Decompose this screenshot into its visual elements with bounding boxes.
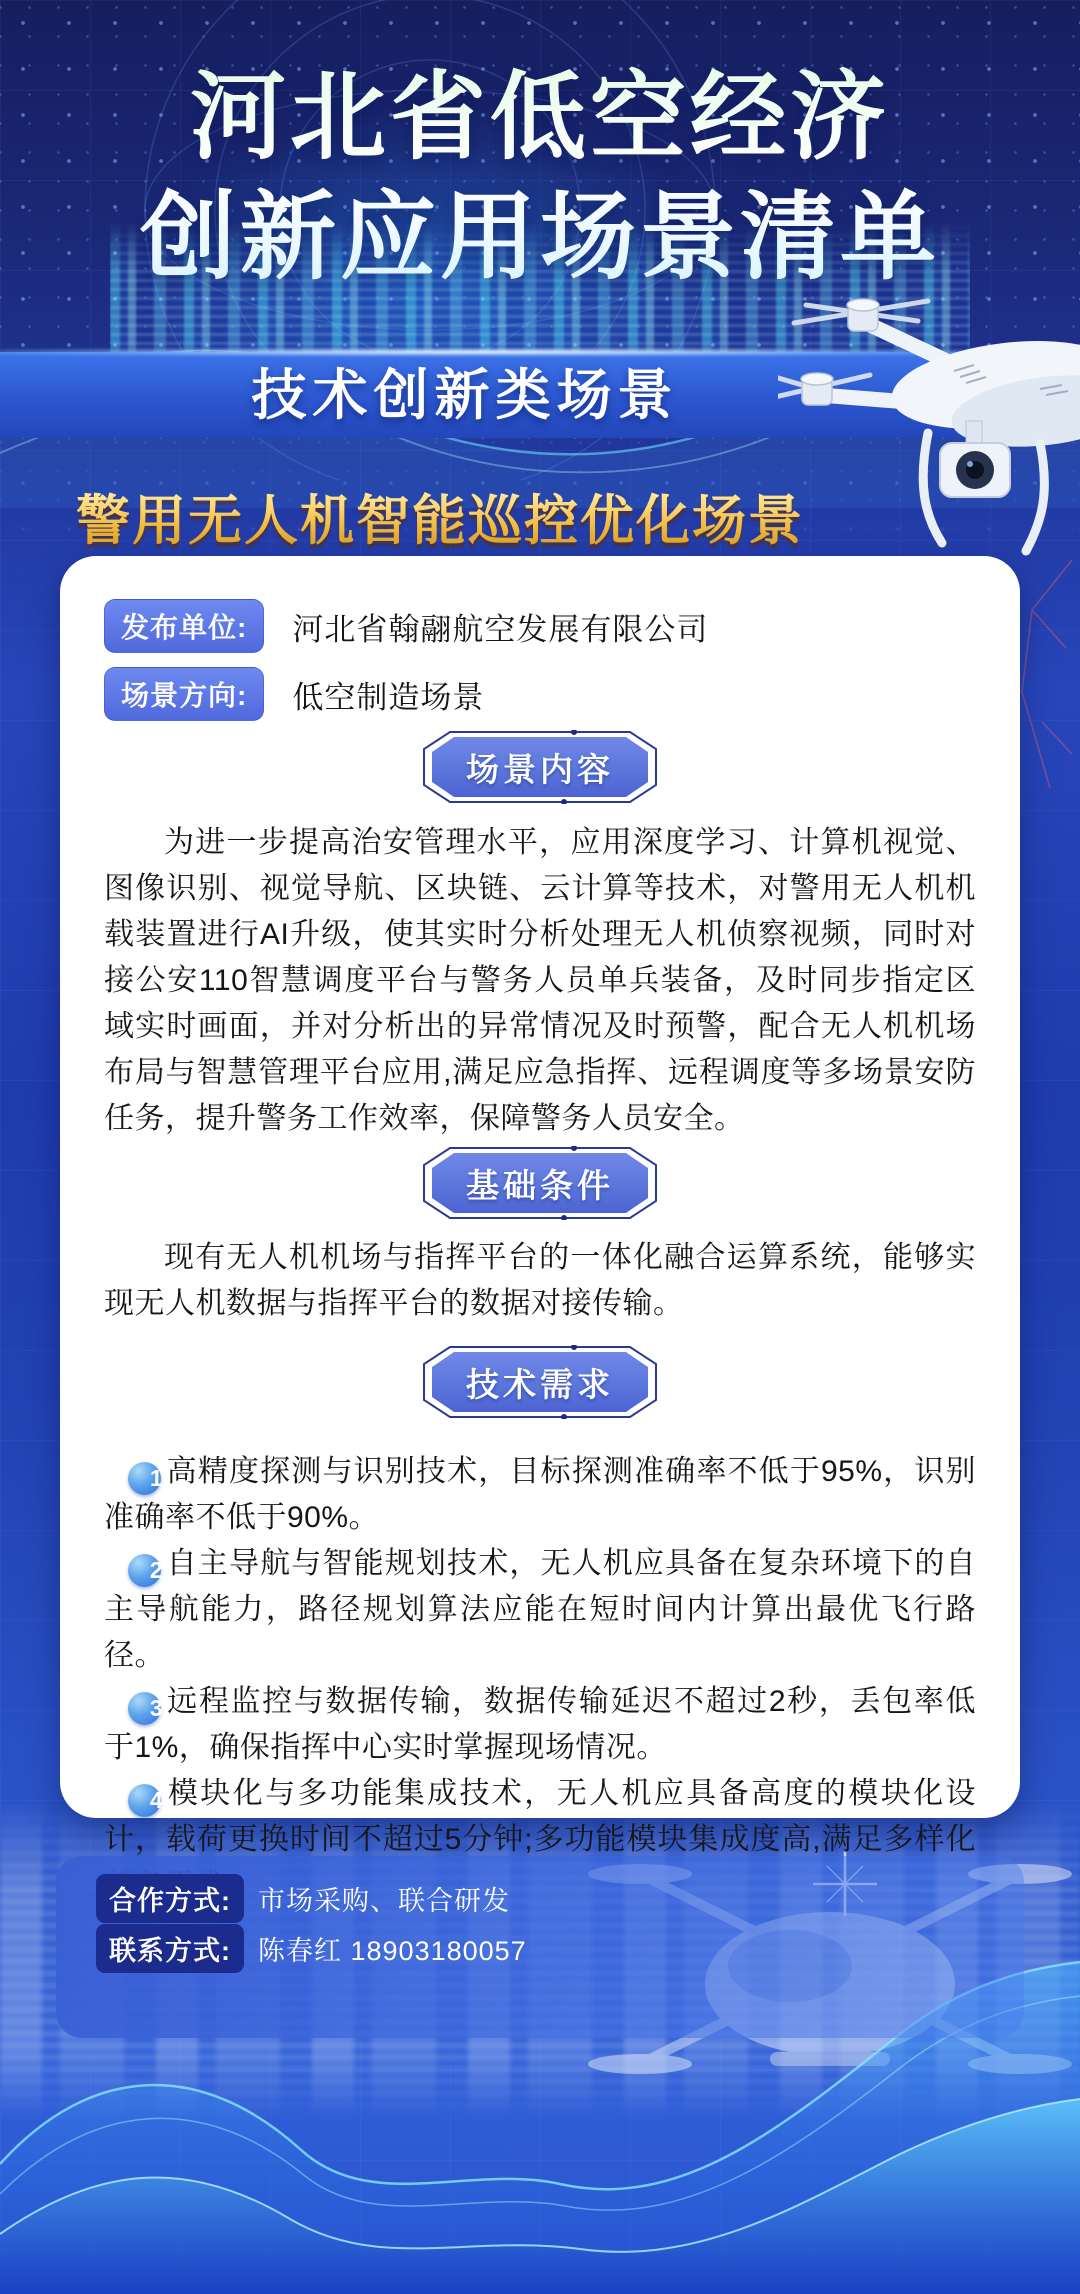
tech-item-2-text: 自主导航与智能规划技术，无人机应具备在复杂环境下的自主导航能力，路径规划算法应能… [104, 1547, 976, 1672]
sketch-lines-image [1010, 552, 1080, 792]
contact-value: 陈春红 18903180057 [258, 1929, 527, 1968]
section-badge-content: 场景内容 [422, 730, 658, 804]
tech-item-3-text: 远程监控与数据传输，数据传输延迟不超过2秒，丢包率低于1%，确保指挥中心实时掌握… [104, 1685, 976, 1764]
number-4-icon: 4 [128, 1784, 161, 1817]
content-card: 发布单位: 河北省翰翮航空发展有限公司 场景方向: 低空制造场景 场景内容 为进… [60, 556, 1020, 1818]
poster-title: 河北省低空经济 创新应用场景清单 [0, 58, 1080, 298]
direction-label-pill: 场景方向: [104, 667, 264, 721]
contact-label-pill: 联系方式: [96, 1924, 244, 1973]
publisher-row: 发布单位: 河北省翰翮航空发展有限公司 [104, 602, 976, 650]
contact-panel: 合作方式: 市场采购、联合研发 联系方式: 陈春红 18903180057 [56, 1856, 1024, 2038]
tech-requirement-list: 1高精度探测与识别技术，目标探测准确率不低于95%，识别准确率不低于90%。 2… [104, 1449, 976, 1909]
content-paragraph: 为进一步提高治安管理水平，应用深度学习、计算机视觉、图像识别、视觉导航、区块链、… [104, 820, 976, 1142]
section-badge-basis-label: 基础条件 [466, 1160, 614, 1207]
cooperation-label-pill: 合作方式: [96, 1874, 244, 1923]
contact-row: 联系方式: 陈春红 18903180057 [96, 1926, 1024, 1970]
number-2-icon: 2 [128, 1554, 161, 1587]
basis-paragraph: 现有无人机机场与指挥平台的一体化融合运算系统，能够实现无人机数据与指挥平台的数据… [104, 1235, 976, 1327]
publisher-label-pill: 发布单位: [104, 599, 264, 653]
number-3-icon: 3 [128, 1692, 161, 1725]
tech-item-2: 2自主导航与智能规划技术，无人机应具备在复杂环境下的自主导航能力，路径规划算法应… [104, 1541, 976, 1679]
number-1-icon: 1 [128, 1462, 161, 1495]
poster-root: { "poster": { "title_line1": "河北省低空经济", … [0, 0, 1080, 2294]
tech-item-1-text: 高精度探测与识别技术，目标探测准确率不低于95%，识别准确率不低于90%。 [104, 1455, 976, 1534]
section-badge-content-label: 场景内容 [466, 744, 614, 791]
poster-title-line1: 河北省低空经济 [0, 58, 1080, 178]
section-badge-tech: 技术需求 [422, 1345, 658, 1419]
drone-image [778, 293, 1080, 561]
cooperation-row: 合作方式: 市场采购、联合研发 [96, 1876, 1024, 1920]
tech-item-1: 1高精度探测与识别技术，目标探测准确率不低于95%，识别准确率不低于90%。 [104, 1449, 976, 1541]
direction-row: 场景方向: 低空制造场景 [104, 670, 976, 718]
poster-title-line2: 创新应用场景清单 [0, 178, 1080, 298]
section-badge-tech-label: 技术需求 [466, 1359, 614, 1406]
publisher-value: 河北省翰翮航空发展有限公司 [292, 604, 708, 649]
direction-value: 低空制造场景 [292, 672, 484, 717]
tech-item-3: 3远程监控与数据传输，数据传输延迟不超过2秒，丢包率低于1%，确保指挥中心实时掌… [104, 1679, 976, 1771]
section-badge-basis: 基础条件 [422, 1146, 658, 1220]
cooperation-value: 市场采购、联合研发 [258, 1879, 510, 1918]
